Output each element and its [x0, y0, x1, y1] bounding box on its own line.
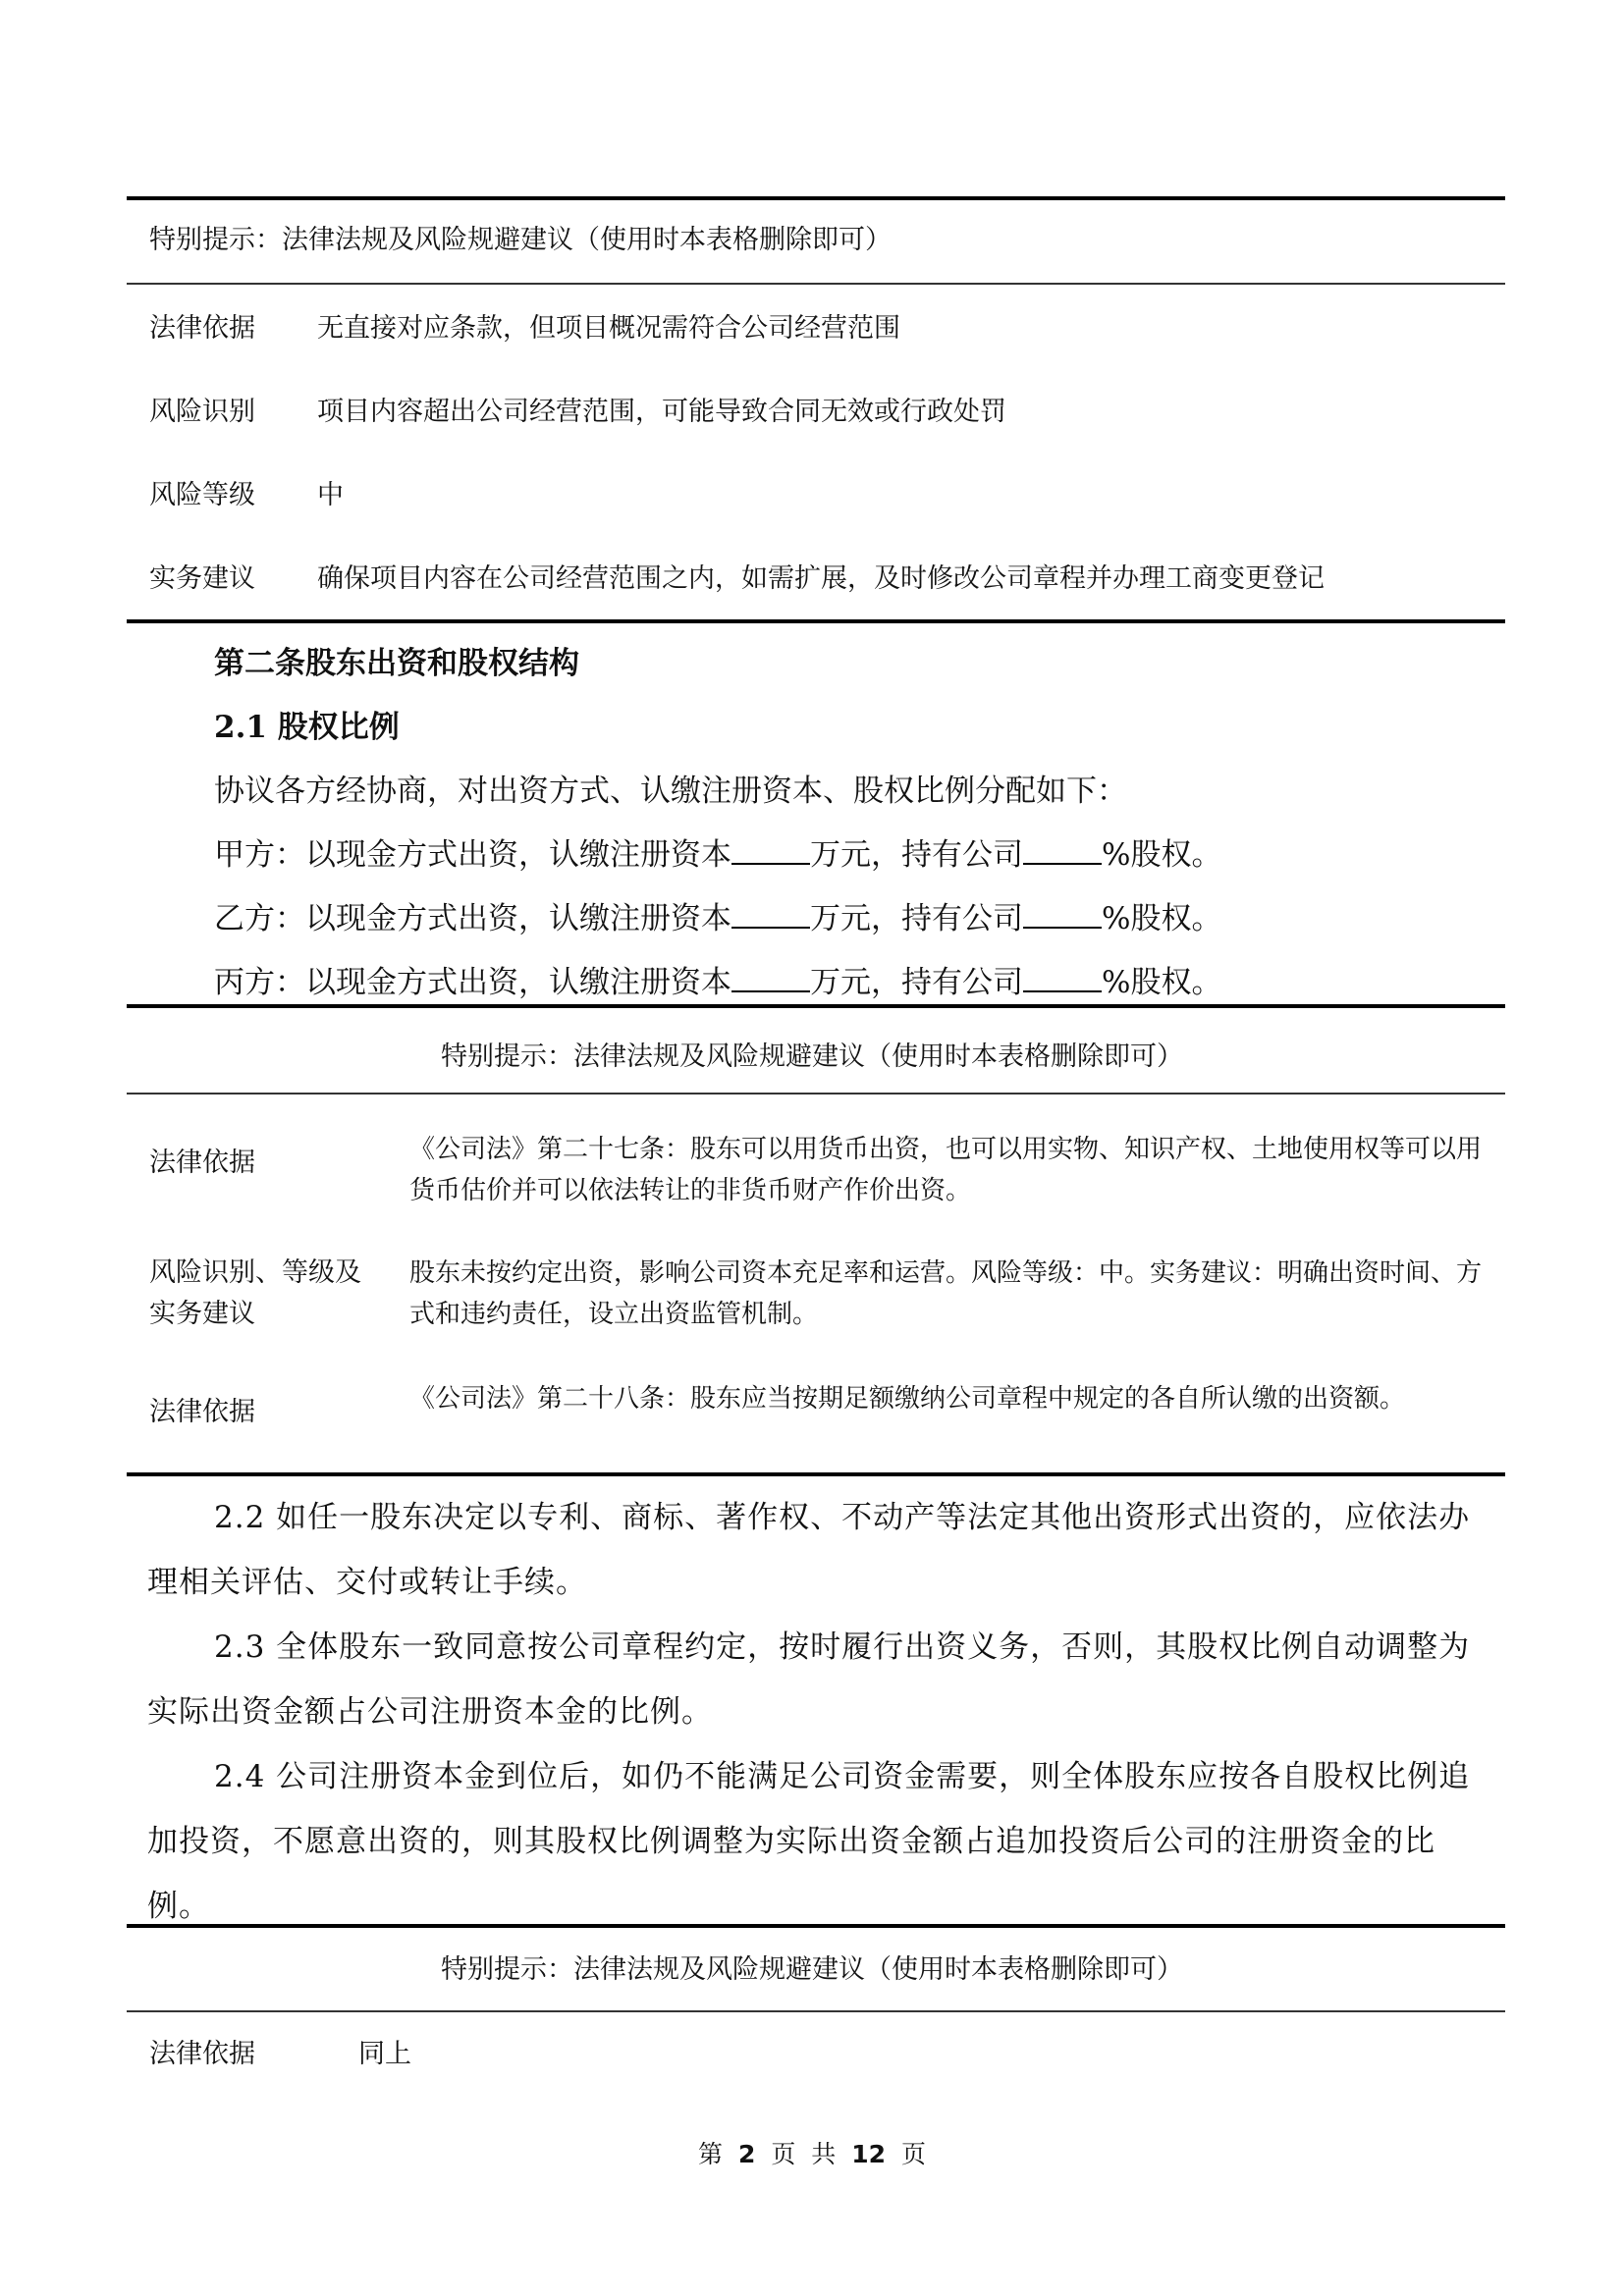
row-label: 法律依据	[149, 2040, 255, 2069]
section-intro: 协议各方经协商，对出资方式、认缴注册资本、股权比例分配如下：	[214, 766, 1127, 810]
total-pages-number: 12	[851, 2140, 886, 2168]
table-header-rule	[127, 1093, 1505, 1095]
table-header-rule	[127, 2010, 1505, 2012]
row-label: 法律依据	[149, 1148, 255, 1178]
party-text: 万元，持有公司	[810, 965, 1023, 1000]
row-label: 法律依据	[149, 314, 255, 344]
paragraph-2-3: 2.3 全体股东一致同意按公司章程约定，按时履行出资义务，否则，其股权比例自动调…	[147, 1615, 1492, 1744]
party-line: 甲方：以现金方式出资，认缴注册资本万元，持有公司%股权。	[214, 829, 1221, 874]
capital-blank[interactable]	[731, 901, 810, 929]
paragraph-2-4: 2.4 公司注册资本金到位后，如仍不能满足公司资金需要，则全体股东应按各自股权比…	[147, 1744, 1492, 1939]
party-text: %股权。	[1102, 901, 1221, 936]
table-top-rule	[127, 1004, 1505, 1008]
row-label: 法律依据	[149, 1398, 255, 1427]
footer-text: 页 共	[771, 2140, 836, 2168]
row-value: 《公司法》第二十八条：股东应当按期足额缴纳公司章程中规定的各自所认缴的出资额。	[409, 1378, 1485, 1419]
table-bottom-rule	[127, 619, 1505, 623]
footer-text: 页	[901, 2140, 926, 2168]
row-label: 风险识别	[149, 398, 255, 427]
table-top-rule	[127, 196, 1505, 200]
capital-blank[interactable]	[731, 837, 810, 865]
row-label: 风险等级	[149, 481, 255, 510]
row-value: 无直接对应条款，但项目概况需符合公司经营范围	[317, 314, 900, 344]
row-value: 股东未按约定出资，影响公司资本充足率和运营。风险等级：中。实务建议：明确出资时间…	[409, 1253, 1485, 1335]
share-blank[interactable]	[1023, 837, 1102, 865]
footer-text: 第	[698, 2140, 723, 2168]
table-header: 特别提示：法律法规及风险规避建议（使用时本表格删除即可）	[0, 1955, 1624, 1985]
party-line: 丙方：以现金方式出资，认缴注册资本万元，持有公司%股权。	[214, 957, 1221, 1001]
party-text: %股权。	[1102, 965, 1221, 1000]
share-blank[interactable]	[1023, 965, 1102, 992]
article-title: 第二条股东出资和股权结构	[214, 638, 579, 682]
table-header: 特别提示：法律法规及风险规避建议（使用时本表格删除即可）	[149, 226, 892, 255]
table-bottom-rule	[127, 1472, 1505, 1476]
party-text: %股权。	[1102, 837, 1221, 873]
row-label: 实务建议	[149, 564, 255, 594]
row-value: 同上	[358, 2040, 411, 2069]
party-text: 万元，持有公司	[810, 837, 1023, 873]
row-value: 确保项目内容在公司经营范围之内，如需扩展，及时修改公司章程并办理工商变更登记	[317, 564, 1325, 594]
row-value: 项目内容超出公司经营范围，可能导致合同无效或行政处罚	[317, 398, 1006, 427]
party-text: 万元，持有公司	[810, 901, 1023, 936]
page-footer: 第 2 页 共 12 页	[0, 2135, 1624, 2170]
party-line: 乙方：以现金方式出资，认缴注册资本万元，持有公司%股权。	[214, 893, 1221, 937]
row-value: 《公司法》第二十七条：股东可以用货币出资，也可以用实物、知识产权、土地使用权等可…	[409, 1129, 1485, 1211]
row-value: 中	[317, 481, 344, 510]
table-header: 特别提示：法律法规及风险规避建议（使用时本表格删除即可）	[0, 1042, 1624, 1072]
share-blank[interactable]	[1023, 901, 1102, 929]
section-title: 2.1 股权比例	[214, 702, 400, 746]
party-text: 甲方：以现金方式出资，认缴注册资本	[214, 837, 731, 873]
table-header-rule	[127, 283, 1505, 285]
current-page-number: 2	[738, 2140, 755, 2168]
row-label: 风险识别、等级及实务建议	[149, 1253, 385, 1335]
capital-blank[interactable]	[731, 965, 810, 992]
paragraph-2-2: 2.2 如任一股东决定以专利、商标、著作权、不动产等法定其他出资形式出资的，应依…	[147, 1485, 1492, 1615]
table-top-rule	[127, 1924, 1505, 1928]
party-text: 乙方：以现金方式出资，认缴注册资本	[214, 901, 731, 936]
party-text: 丙方：以现金方式出资，认缴注册资本	[214, 965, 731, 1000]
